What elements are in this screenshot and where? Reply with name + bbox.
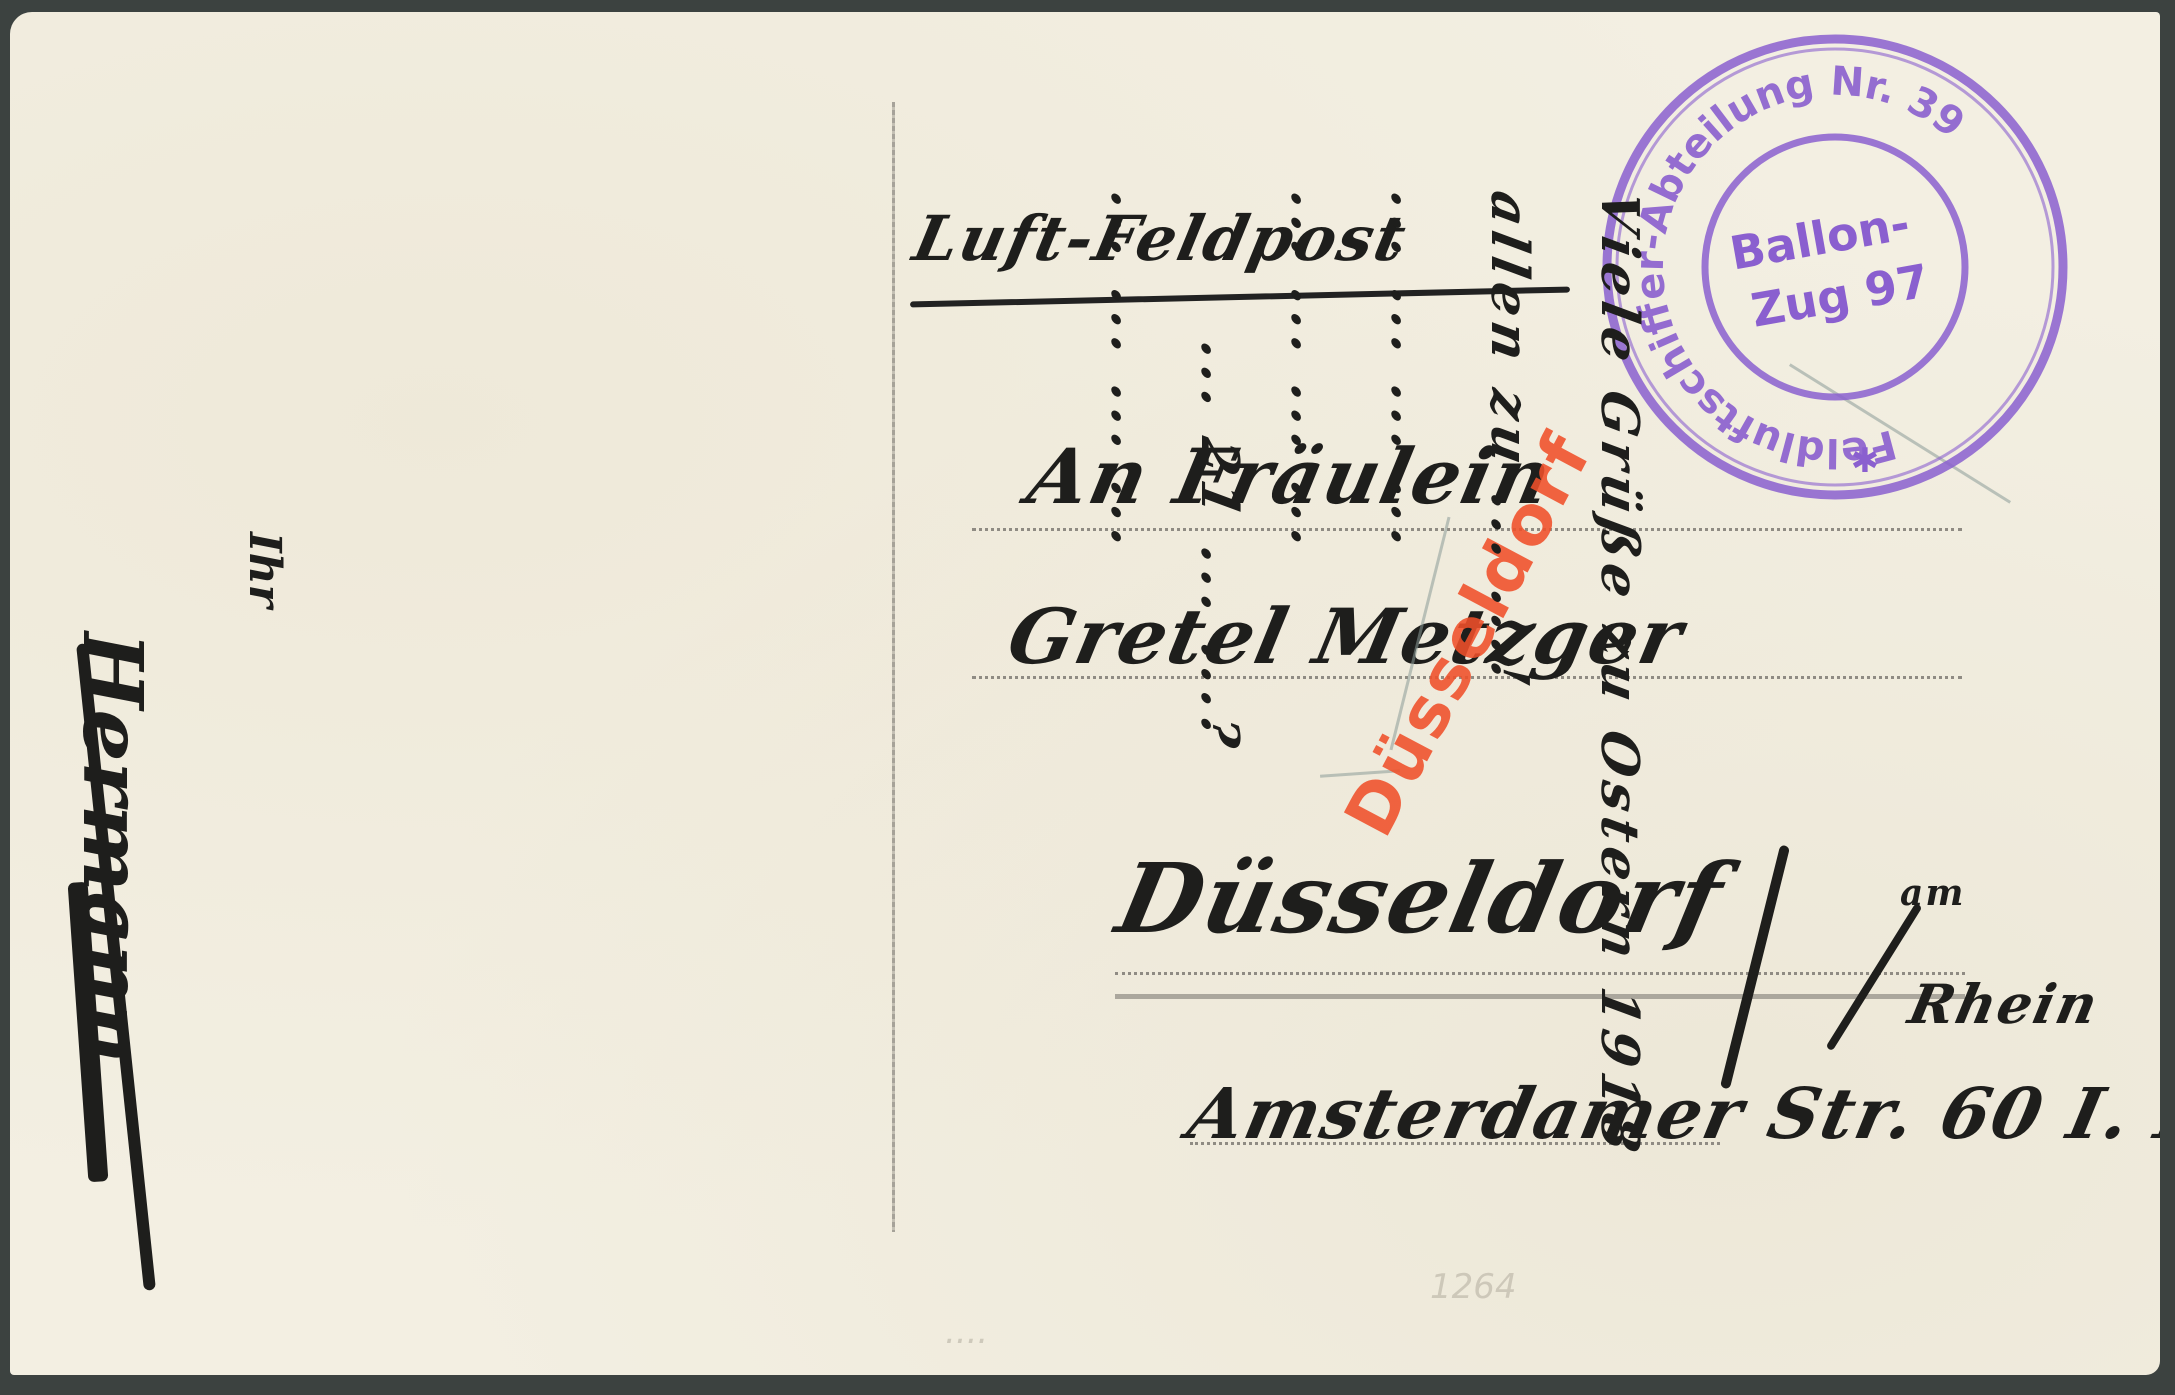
stamp-circle-icon: Feldluftschiffer-Abteilung Nr. 39 Ballon… xyxy=(1590,22,2080,512)
message-line: ... ... ... ... xyxy=(1379,187,1440,559)
svg-text:✱: ✱ xyxy=(1851,441,1880,481)
message-body: Viele Grüße zu Ostern 1918 allen zu ... … xyxy=(850,192,1650,1372)
address-f-descender xyxy=(1720,845,1790,1090)
address-city-suffix-rhein: Rhein xyxy=(1903,972,2105,1036)
message-line: ... 21 ... ...? xyxy=(1189,337,1250,758)
address-city-suffix-am: am xyxy=(1900,872,1965,914)
postcard: Luft-Feldpost An Fräulein Gretel Metzger… xyxy=(10,12,2160,1375)
message-line: Viele Grüße zu Ostern 1918 xyxy=(1589,187,1650,1162)
svg-text:Feldluftschiffer-Abteilung Nr.: Feldluftschiffer-Abteilung Nr. 39 xyxy=(1590,22,2080,512)
message-closing: Ihr xyxy=(239,532,290,608)
message-line: allen zu ... ...! xyxy=(1479,187,1540,697)
message-line: ... ... ... ... xyxy=(1099,187,1160,559)
feldpost-cancellation-stamp: Feldluftschiffer-Abteilung Nr. 39 Ballon… xyxy=(1590,22,2080,512)
message-line: ... ... ... ... xyxy=(1279,187,1340,559)
